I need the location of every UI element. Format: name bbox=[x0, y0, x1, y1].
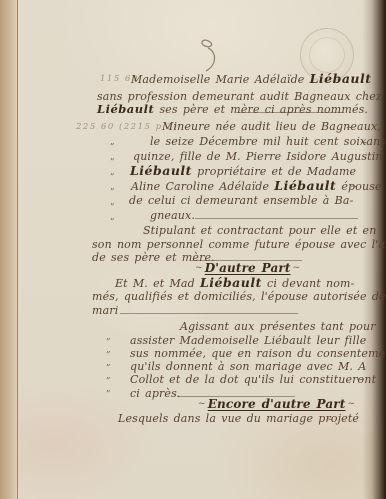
line-tail-mark: ~ bbox=[360, 138, 368, 148]
section-heading-encore-dautre-part: ~Encore d'autre Part~ bbox=[196, 398, 357, 411]
surname-liebault: Liébault bbox=[274, 178, 336, 193]
manuscript-line-9: de celui ci demeurant ensemble à Ba- bbox=[129, 194, 353, 207]
heading-flourish-right: ~ bbox=[345, 399, 357, 409]
ditto-mark: „ bbox=[110, 168, 115, 177]
line-text: ci après. bbox=[130, 387, 181, 400]
line-text: mari bbox=[92, 304, 118, 317]
manuscript-line-3: Liébault ses père et mère ci après nommé… bbox=[97, 103, 368, 116]
line-tail-mark: ~ bbox=[356, 375, 364, 385]
ditto-mark: „ bbox=[106, 385, 111, 394]
line-text: quinze, fille de M. Pierre Isidore Augus… bbox=[133, 150, 383, 163]
filler-rule bbox=[120, 313, 298, 314]
manuscript-line-15: Et M. et Mad Liébault ci devant nom- bbox=[115, 276, 355, 290]
line-text: Stipulant et contractant pour elle et en bbox=[143, 224, 376, 237]
line-text: son nom personnel comme future épouse av… bbox=[92, 238, 386, 251]
ditto-mark: „ bbox=[106, 359, 111, 368]
heading-text: Encore d'autre Part bbox=[208, 397, 346, 411]
manuscript-line-5: le seize Décembre mil huit cent soixante bbox=[150, 135, 386, 148]
line-text: assister Mademoiselle Liébault leur fill… bbox=[130, 334, 366, 347]
line-text: épouse bbox=[336, 180, 381, 193]
line-tail-mark: ~ bbox=[350, 182, 358, 192]
heading-flourish-left: ~ bbox=[193, 263, 205, 273]
heading-flourish-left: ~ bbox=[196, 399, 208, 409]
line-text: sus nommée, que en raison du consentemen… bbox=[130, 347, 386, 360]
manuscript-line-17: mari bbox=[92, 304, 118, 317]
manuscript-line-18: Agissant aux présentes tant pour bbox=[180, 320, 376, 333]
manuscript-line-19: assister Mademoiselle Liébault leur fill… bbox=[130, 334, 366, 347]
ditto-mark: „ bbox=[110, 153, 115, 162]
surname-liebault: Liébault bbox=[200, 275, 262, 290]
manuscript-line-10: gneaux. bbox=[150, 209, 195, 222]
line-text: Agissant aux présentes tant pour bbox=[180, 320, 376, 333]
ditto-mark: „ bbox=[106, 346, 111, 355]
manuscript-line-20: sus nommée, que en raison du consentemen… bbox=[130, 347, 386, 360]
manuscript-page: 115 60 225 60 (2215 p 2) „ „ „ „ „ „ „ „… bbox=[0, 0, 386, 499]
ink-flourish-curl bbox=[192, 36, 220, 74]
surname-liebault: Liébault bbox=[130, 163, 192, 178]
line-text: Aline Caroline Adélaïde bbox=[131, 180, 274, 193]
ditto-marks-column-1: „ „ „ „ „ „ bbox=[110, 138, 115, 222]
line-text: Collot et de la dot qu'ils lui constitue… bbox=[130, 373, 376, 386]
line-text: de celui ci demeurant ensemble à Ba- bbox=[129, 194, 353, 207]
manuscript-line-1: Mademoiselle Marie Adélaïde Liébault bbox=[131, 72, 372, 86]
surname-liebault: Liébault bbox=[310, 71, 372, 86]
line-text: Lesquels dans la vue du mariage projeté bbox=[118, 412, 359, 425]
embossed-seal-inner-ring bbox=[309, 37, 345, 73]
filler-rule bbox=[195, 218, 358, 219]
manuscript-line-11: Stipulant et contractant pour elle et en bbox=[143, 224, 376, 237]
manuscript-line-22: Collot et de la dot qu'ils lui constitue… bbox=[130, 373, 376, 386]
line-text: gneaux. bbox=[150, 209, 195, 222]
ditto-marks-column-2: „ „ „ „ „ bbox=[106, 333, 111, 394]
ditto-mark: „ bbox=[106, 333, 111, 342]
line-text: ci devant nom- bbox=[262, 277, 355, 290]
ditto-mark: „ bbox=[110, 213, 115, 222]
line-text: Et M. et Mad bbox=[115, 277, 200, 290]
filler-rule bbox=[236, 112, 344, 113]
manuscript-line-21: qu'ils donnent à son mariage avec M. A bbox=[130, 360, 366, 373]
line-text: qu'ils donnent à son mariage avec M. A bbox=[130, 360, 366, 373]
heading-text: D'autre Part bbox=[205, 261, 291, 275]
ditto-mark: „ bbox=[110, 138, 115, 147]
line-text: ses père et mère ci après nommés. bbox=[154, 103, 368, 116]
line-text: le seize Décembre mil huit cent soixante bbox=[150, 135, 386, 148]
line-text: més, qualifiés et domiciliés, l'épouse a… bbox=[92, 290, 386, 303]
manuscript-line-7: Liébault propriétaire et de Madame bbox=[130, 164, 356, 178]
manuscript-line-8: Aline Caroline Adélaïde Liébault épouse bbox=[131, 179, 382, 193]
manuscript-line-25: Lesquels dans la vue du mariage projeté bbox=[118, 412, 359, 425]
page-binding-edge bbox=[0, 0, 18, 499]
manuscript-line-23: ci après. bbox=[130, 387, 181, 400]
line-text: Mademoiselle Marie Adélaïde bbox=[131, 73, 310, 86]
heading-flourish-right: ~ bbox=[291, 263, 303, 273]
ditto-mark: „ bbox=[106, 372, 111, 381]
surname-liebault: Liébault bbox=[97, 102, 154, 116]
section-heading-dautre-part: ~D'autre Part~ bbox=[193, 262, 302, 275]
line-tail-mark: ~ bbox=[346, 123, 354, 133]
ditto-mark: „ bbox=[110, 198, 115, 207]
manuscript-line-6: quinze, fille de M. Pierre Isidore Augus… bbox=[133, 150, 383, 163]
line-text: propriétaire et de Madame bbox=[192, 165, 356, 178]
manuscript-line-12: son nom personnel comme future épouse av… bbox=[92, 238, 386, 251]
ditto-mark: „ bbox=[110, 183, 115, 192]
manuscript-line-16: més, qualifiés et domiciliés, l'épouse a… bbox=[92, 290, 386, 303]
line-tail-mark: ~ bbox=[326, 415, 334, 425]
